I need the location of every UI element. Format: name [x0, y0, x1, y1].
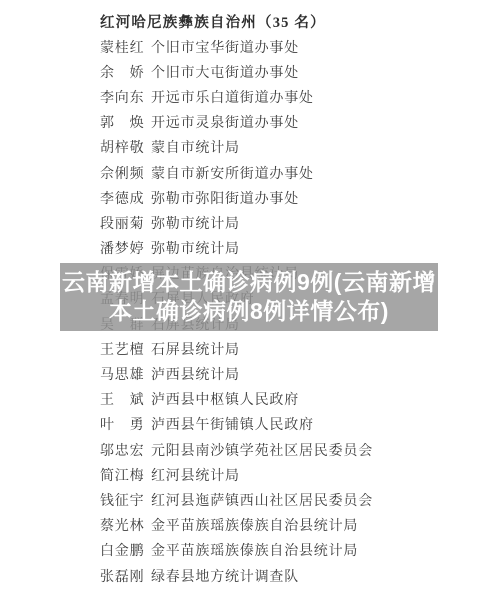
list-item: 李德成弥勒市弥阳街道办事处: [100, 185, 500, 210]
person-organization: 个旧市宝华街道办事处: [151, 37, 299, 57]
list-item: 段丽菊弥勒市统计局: [100, 210, 500, 235]
list-item: 叶 勇泸西县午街铺镇人民政府: [100, 412, 500, 437]
person-name: 叶 勇: [100, 414, 146, 434]
person-name: 王 斌: [100, 389, 146, 409]
list-item: 郭 焕开远市灵泉街道办事处: [100, 110, 500, 135]
person-name: 段丽菊: [100, 213, 146, 233]
person-name: 张磊刚: [100, 566, 146, 586]
list-item: 佘俐频蒙自市新安所街道办事处: [100, 160, 500, 185]
headline-line-1: 云南新增本土确诊病例9例(云南新增: [62, 268, 436, 297]
person-name: 白金鹏: [100, 540, 146, 560]
person-organization: 开远市乐白道街道办事处: [151, 87, 314, 107]
person-name: 李德成: [100, 188, 146, 208]
list-item: 白金鹏金平苗族瑶族傣族自治县统计局: [100, 538, 500, 563]
document-page: 红河哈尼族彝族自治州（35 名） 蒙桂红个旧市宝华街道办事处余 娇个旧市大屯街道…: [0, 0, 500, 599]
person-name: 马思雄: [100, 364, 146, 384]
list-item: 李向东开远市乐白道街道办事处: [100, 84, 500, 109]
person-organization: 绿春县地方统计调查队: [151, 566, 299, 586]
list-item: 张磊刚绿春县地方统计调查队: [100, 563, 500, 588]
list-item: 钱征宇红河县迤萨镇西山社区居民委员会: [100, 487, 500, 512]
person-name: 钱征宇: [100, 490, 146, 510]
person-name: 邬忠宏: [100, 440, 146, 460]
list-item: 蒙桂红个旧市宝华街道办事处: [100, 34, 500, 59]
list-item: 蔡光林金平苗族瑶族傣族自治县统计局: [100, 513, 500, 538]
person-organization: 弥勒市统计局: [151, 213, 240, 233]
list-item: 余 娇个旧市大屯街道办事处: [100, 59, 500, 84]
person-organization: 金平苗族瑶族傣族自治县统计局: [151, 515, 358, 535]
person-name: 蒙桂红: [100, 37, 146, 57]
person-organization: 蒙自市新安所街道办事处: [151, 163, 314, 183]
person-organization: 石屏县统计局: [151, 339, 240, 359]
person-organization: 元阳县南沙镇学苑社区居民委员会: [151, 440, 373, 460]
person-name: 李向东: [100, 87, 146, 107]
person-name: 蔡光林: [100, 515, 146, 535]
person-organization: 泸西县中枢镇人民政府: [151, 389, 299, 409]
person-organization: 泸西县午街铺镇人民政府: [151, 414, 314, 434]
region-title: 红河哈尼族彝族自治州（35 名）: [100, 11, 326, 32]
list-item: 王 斌泸西县中枢镇人民政府: [100, 387, 500, 412]
person-name: 简江梅: [100, 465, 146, 485]
person-organization: 红河县迤萨镇西山社区居民委员会: [151, 490, 373, 510]
list-item: 潘梦婷弥勒市统计局: [100, 236, 500, 261]
person-name: 佘俐频: [100, 163, 146, 183]
person-name: 余 娇: [100, 62, 146, 82]
list-item: 王艺檀石屏县统计局: [100, 336, 500, 361]
person-organization: 个旧市大屯街道办事处: [151, 62, 299, 82]
list-item: 邬忠宏元阳县南沙镇学苑社区居民委员会: [100, 437, 500, 462]
person-organization: 蒙自市统计局: [151, 137, 240, 157]
person-name: 郭 焕: [100, 112, 146, 132]
person-name: 胡梓敬: [100, 137, 146, 157]
headline-line-2: 本土确诊病例8例详情公布): [109, 297, 389, 326]
person-organization: 开远市灵泉街道办事处: [151, 112, 299, 132]
list-item: 胡梓敬蒙自市统计局: [100, 135, 500, 160]
person-organization: 弥勒市统计局: [151, 238, 240, 258]
list-item: 马思雄泸西县统计局: [100, 361, 500, 386]
person-name: 潘梦婷: [100, 238, 146, 258]
person-organization: 红河县统计局: [151, 465, 240, 485]
person-organization: 金平苗族瑶族傣族自治县统计局: [151, 540, 358, 560]
list-item: 简江梅红河县统计局: [100, 462, 500, 487]
person-organization: 泸西县统计局: [151, 364, 240, 384]
person-name: 王艺檀: [100, 339, 146, 359]
person-organization: 弥勒市弥阳街道办事处: [151, 188, 299, 208]
headline-overlay: 云南新增本土确诊病例9例(云南新增 本土确诊病例8例详情公布): [60, 263, 438, 331]
